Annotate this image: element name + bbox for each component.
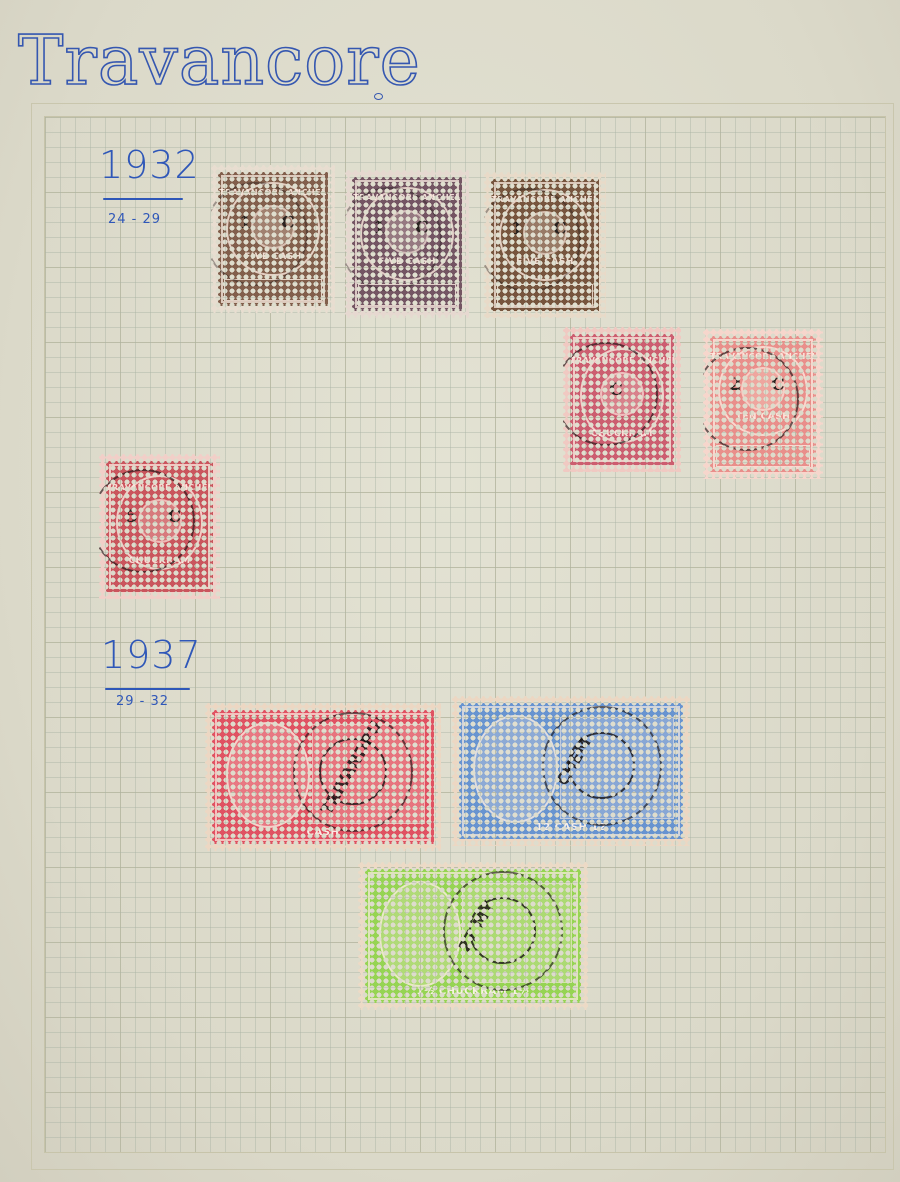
stamp-1932-2: TRAVANCORE ANCHELFIVE CASH1 C <box>345 170 469 318</box>
year-heading-1932: 1932 <box>99 143 200 187</box>
postmark-cancel <box>338 187 442 291</box>
postmark-cancel <box>91 469 195 573</box>
stamp-value-text: 12 CASH 12 <box>469 822 673 833</box>
stamp-value-text: CASH <box>222 827 424 838</box>
title-period <box>374 93 383 100</box>
stamp-1937-2: 12 CASH 12CHEM <box>452 696 690 846</box>
year-underline <box>105 688 190 690</box>
year-underline <box>103 198 183 200</box>
postmark-cancel <box>477 188 581 292</box>
album-page: Travancore 1932 24 - 29 1937 29 - 32 TRA… <box>0 0 900 1182</box>
stamp-1937-3: 1½ CHUCKRAM 1½27 MY <box>358 862 588 1010</box>
stamp-1932-4: TRAVANCORE ANCHELCHUCKRAMC <box>563 327 681 472</box>
catalogue-range-1932: 24 - 29 <box>108 212 161 227</box>
postmark-cancel <box>204 182 308 286</box>
page-title: Travancore <box>18 28 421 96</box>
stamp-1932-3: TRAVANCORE ANCHELFIVE CASH1 C <box>484 172 606 318</box>
stamp-1932-5: TRAVANCORE ANCHELTEN CASH2 C <box>703 329 823 479</box>
postmark-cancel <box>554 342 658 446</box>
stamp-1932-6: TRAVANCORE ANCHELCHUCKRAM5 C <box>99 454 220 599</box>
year-heading-1937: 1937 <box>101 633 202 677</box>
catalogue-range-1937: 29 - 32 <box>116 694 169 709</box>
stamp-value-text: 1½ CHUCKRAM 1½ <box>375 986 571 997</box>
stamp-1932-1: TRAVANCORE ANCHELFIVE CASH1 C <box>211 165 335 313</box>
stamp-1937-1: CASHTRIVANDRU <box>205 703 441 851</box>
postmark-cancel <box>695 347 799 451</box>
